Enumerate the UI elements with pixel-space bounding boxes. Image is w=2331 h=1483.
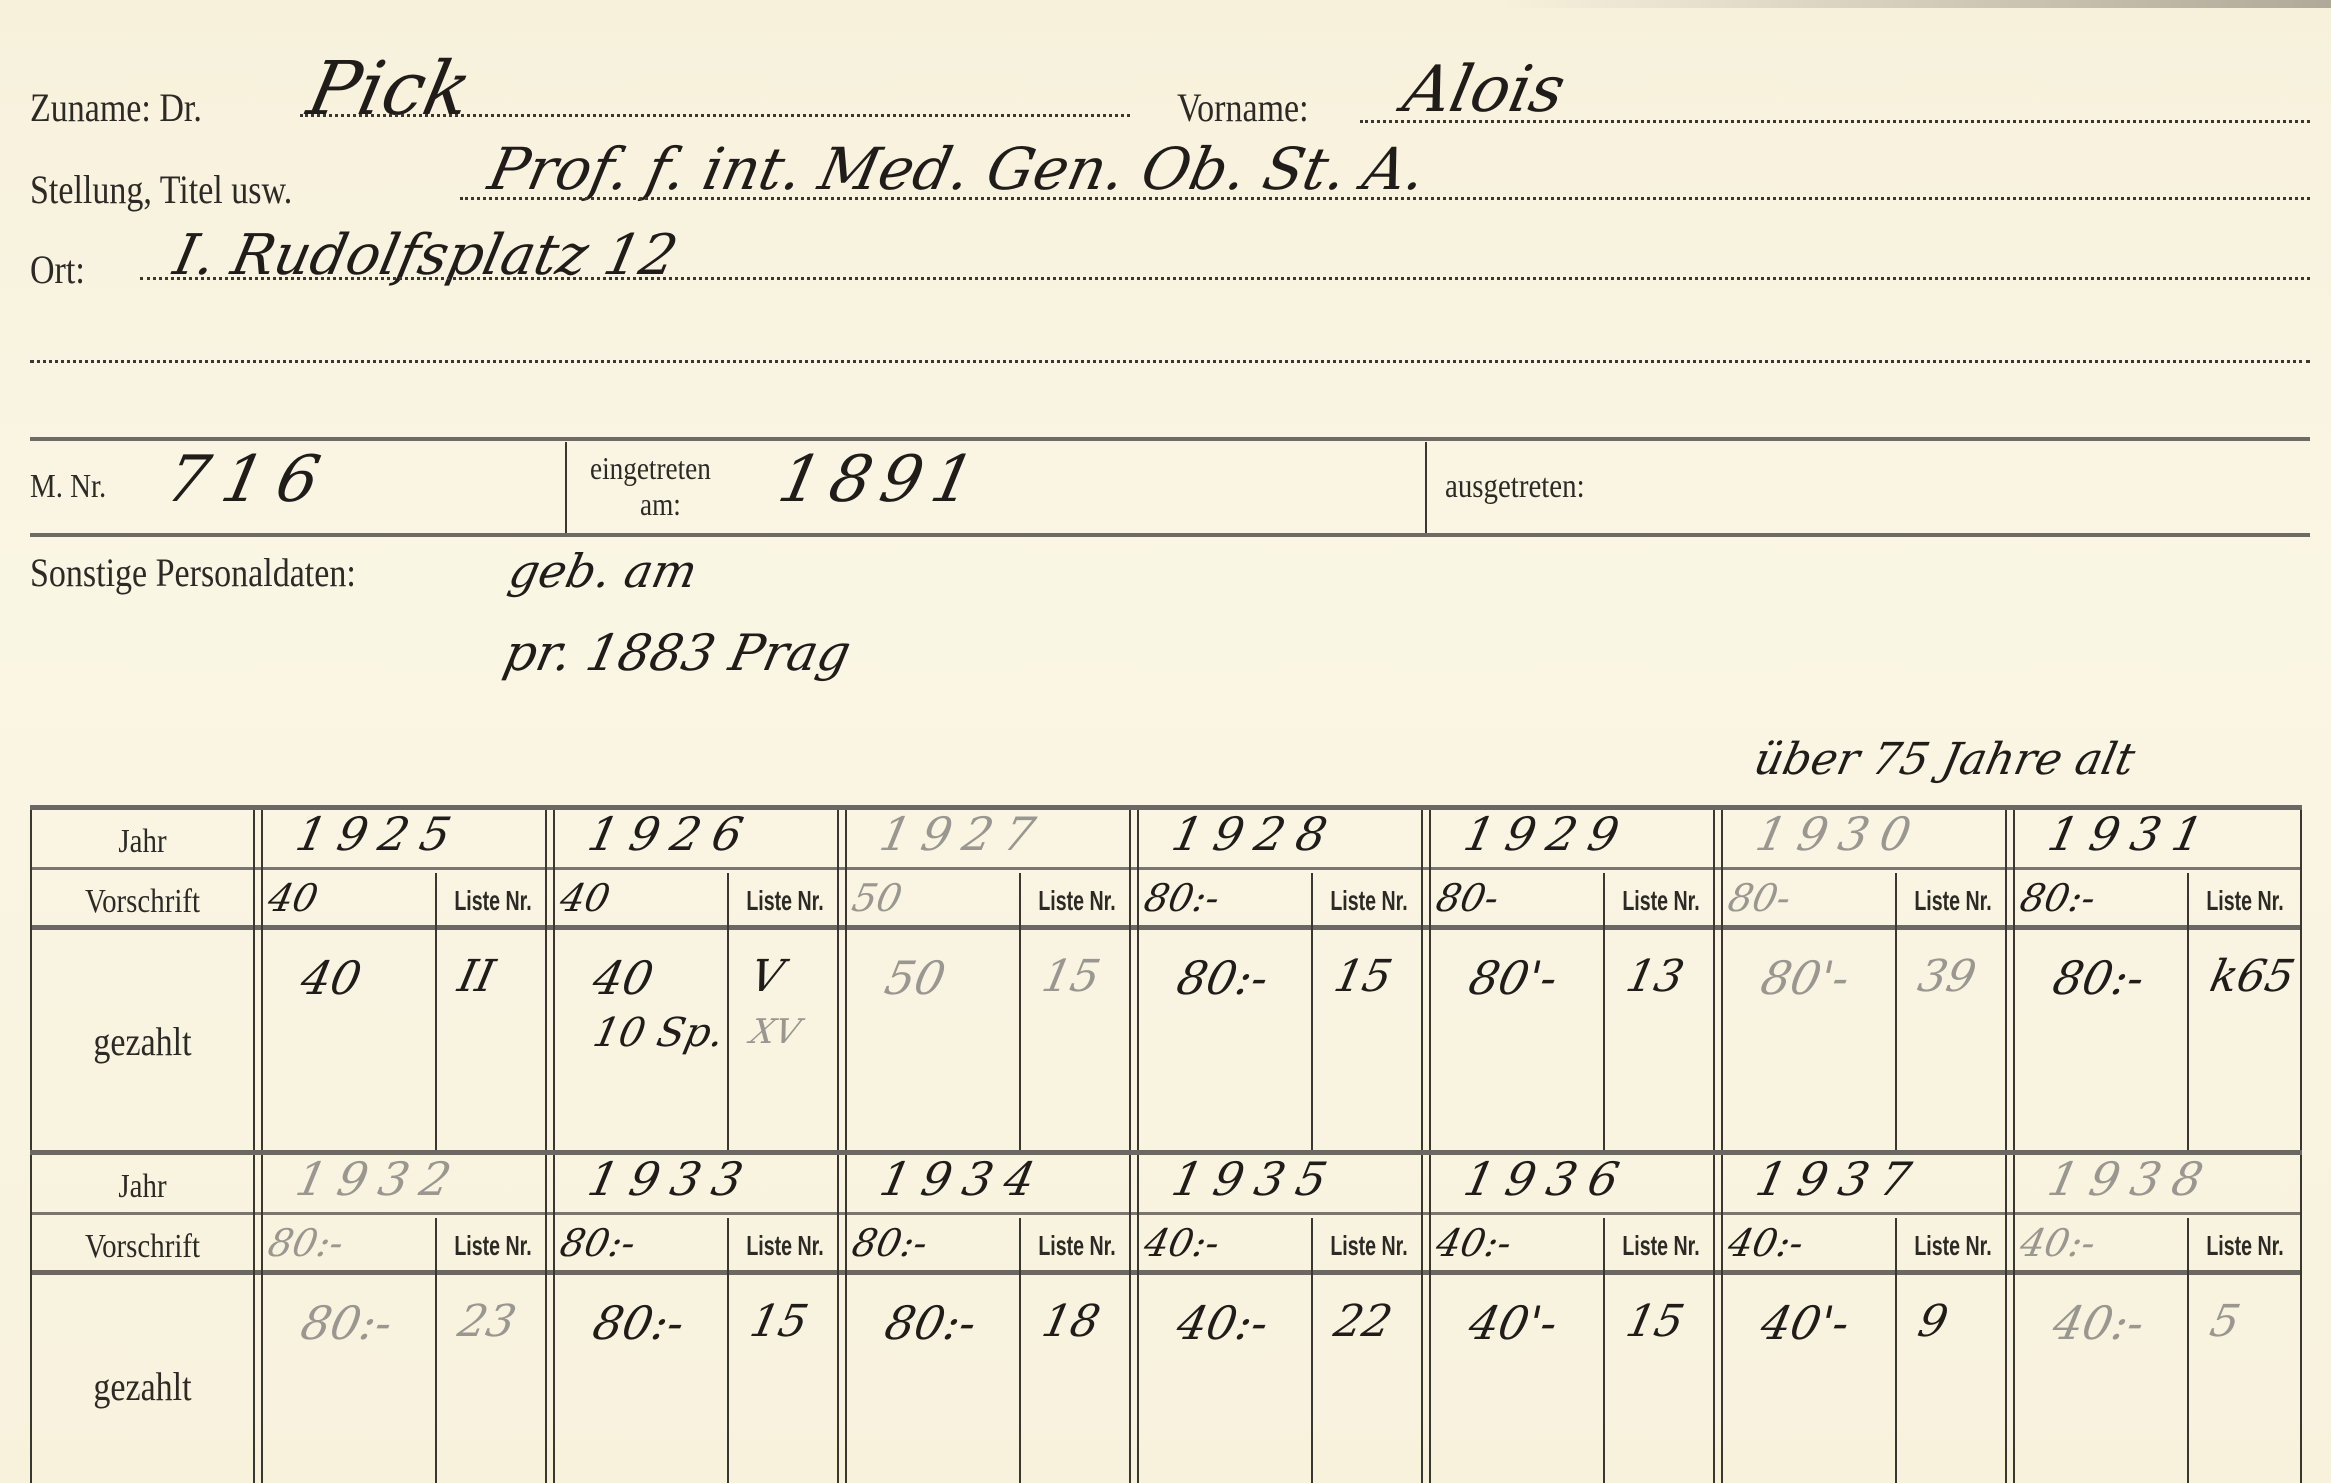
vorschrift-label: Vorschrift — [47, 883, 238, 921]
table-row-rule — [30, 1212, 2302, 1215]
membership-card: Zuname: Dr. Pick Vorname: Alois Stellung… — [0, 0, 2331, 1483]
vorschrift-value: 40:- — [1141, 1224, 1223, 1262]
gezahlt-value: 40 — [297, 955, 365, 1001]
liste-label: Liste Nr. — [1622, 1230, 1700, 1262]
vorname-line — [1360, 120, 2310, 123]
liste-value: k65 — [2206, 955, 2298, 999]
liste-extra: XV — [747, 1015, 803, 1049]
liste-label: Liste Nr. — [1038, 1230, 1116, 1262]
year-column-divider — [1421, 1155, 1431, 1483]
year-column-divider — [1421, 810, 1431, 1150]
vorschrift-value: 50 — [849, 879, 905, 917]
eingetreten-label: eingetreten — [590, 452, 711, 484]
ort-value: I. Rudolfsplatz 12 — [169, 228, 682, 284]
liste-column-divider — [1019, 873, 1021, 1150]
gezahlt-value: 40:- — [1173, 1300, 1272, 1346]
year-value: 1936 — [1460, 1156, 1635, 1202]
year-column-divider — [2005, 810, 2015, 1150]
eingetreten-value: 1891 — [773, 448, 989, 512]
table-left-border — [30, 810, 32, 1150]
liste-label: Liste Nr. — [2206, 885, 2284, 917]
vorschrift-value: 80:- — [849, 1224, 931, 1262]
table-row-rule — [30, 925, 2302, 930]
liste-column-divider — [1895, 1218, 1897, 1483]
zuname-line — [300, 114, 1130, 117]
zuname-label: Zuname: Dr. — [30, 88, 202, 128]
year-column-divider — [253, 1155, 263, 1483]
gezahlt-value: 80:- — [589, 1300, 688, 1346]
liste-column-divider — [1603, 1218, 1605, 1483]
liste-column-divider — [1895, 873, 1897, 1150]
eingetreten-label-am: am: — [640, 488, 681, 520]
year-value: 1925 — [292, 811, 467, 857]
year-value: 1937 — [1752, 1156, 1927, 1202]
table-right-border — [2300, 810, 2302, 1150]
gezahlt-value: 80:- — [2049, 955, 2148, 1001]
liste-label: Liste Nr. — [1038, 885, 1116, 917]
vorschrift-value: 40:- — [2017, 1224, 2099, 1262]
year-column-divider — [837, 1155, 847, 1483]
year-column-divider — [1713, 810, 1723, 1150]
vorname-label: Vorname: — [1177, 88, 1309, 128]
liste-label: Liste Nr. — [454, 1230, 532, 1262]
mnr-label: M. Nr. — [30, 470, 106, 504]
gezahlt-value: 80:- — [297, 1300, 396, 1346]
year-value: 1931 — [2044, 811, 2219, 857]
vorschrift-value: 40:- — [1433, 1224, 1515, 1262]
vorschrift-value: 80:- — [265, 1224, 347, 1262]
liste-value: 13 — [1622, 955, 1687, 999]
year-column-divider — [545, 1155, 555, 1483]
gezahlt-value: 40'- — [1465, 1300, 1562, 1346]
year-value: 1927 — [876, 811, 1051, 857]
vorschrift-value: 40 — [557, 879, 613, 917]
liste-value: 39 — [1914, 955, 1979, 999]
stellung-label: Stellung, Titel usw. — [30, 170, 292, 210]
liste-label: Liste Nr. — [2206, 1230, 2284, 1262]
liste-column-divider — [1311, 873, 1313, 1150]
membership-divider — [565, 442, 567, 533]
gezahlt-label: gezahlt — [47, 1018, 238, 1065]
year-column-divider — [1129, 810, 1139, 1150]
table-row-rule — [30, 1270, 2302, 1275]
liste-column-divider — [727, 1218, 729, 1483]
liste-value: 9 — [1914, 1300, 1951, 1344]
gezahlt-value: 50 — [881, 955, 949, 1001]
vorname-value: Alois — [1398, 58, 1570, 122]
membership-top-rule — [30, 437, 2310, 441]
liste-column-divider — [2187, 873, 2189, 1150]
liste-label: Liste Nr. — [454, 885, 532, 917]
liste-label: Liste Nr. — [746, 1230, 824, 1262]
liste-label: Liste Nr. — [746, 885, 824, 917]
liste-column-divider — [435, 1218, 437, 1483]
liste-value: 23 — [454, 1300, 519, 1344]
ort-line — [140, 277, 2310, 280]
liste-value: 18 — [1038, 1300, 1103, 1344]
blank-line — [30, 360, 2310, 363]
gezahlt-value: 80'- — [1465, 955, 1562, 1001]
gezahlt-value: 40'- — [1757, 1300, 1854, 1346]
liste-value: 15 — [1330, 955, 1395, 999]
year-value: 1934 — [876, 1156, 1051, 1202]
gezahlt-value: 80:- — [881, 1300, 980, 1346]
liste-value: 15 — [1038, 955, 1103, 999]
gezahlt-value: 40 — [589, 955, 657, 1001]
liste-label: Liste Nr. — [1330, 1230, 1408, 1262]
vorschrift-value: 40 — [265, 879, 321, 917]
liste-column-divider — [435, 873, 437, 1150]
stellung-line — [460, 197, 2310, 200]
vorschrift-value: 80- — [1725, 879, 1794, 917]
year-value: 1928 — [1168, 811, 1343, 857]
jahr-label: Jahr — [47, 823, 238, 861]
age-note: über 75 Jahre alt — [1750, 738, 2138, 782]
year-column-divider — [2005, 1155, 2015, 1483]
scan-edge-shadow — [1500, 0, 2331, 8]
jahr-label: Jahr — [47, 1168, 238, 1206]
liste-label: Liste Nr. — [1914, 1230, 1992, 1262]
year-column-divider — [545, 810, 555, 1150]
vorschrift-value: 80:- — [1141, 879, 1223, 917]
year-value: 1938 — [2044, 1156, 2219, 1202]
year-column-divider — [253, 810, 263, 1150]
personal-label: Sonstige Personaldaten: — [30, 553, 356, 593]
payment-table-1: JahrVorschriftgezahlt192540Liste Nr.40II… — [30, 805, 2302, 1150]
vorschrift-value: 40:- — [1725, 1224, 1807, 1262]
vorschrift-value: 80- — [1433, 879, 1502, 917]
table-left-border — [30, 1155, 32, 1483]
liste-column-divider — [1311, 1218, 1313, 1483]
gezahlt-value: 80:- — [1173, 955, 1272, 1001]
table-row-rule — [30, 867, 2302, 870]
ausgetreten-label: ausgetreten: — [1445, 470, 1585, 504]
liste-value: 22 — [1330, 1300, 1395, 1344]
year-value: 1933 — [584, 1156, 759, 1202]
year-value: 1929 — [1460, 811, 1635, 857]
payment-table-2: JahrVorschriftgezahlt193280:-Liste Nr.80… — [30, 1150, 2302, 1483]
year-column-divider — [1713, 1155, 1723, 1483]
year-column-divider — [837, 810, 847, 1150]
table-right-border — [2300, 1155, 2302, 1483]
vorschrift-label: Vorschrift — [47, 1228, 238, 1266]
liste-value: 15 — [1622, 1300, 1687, 1344]
stellung-value: Prof. f. int. Med. Gen. Ob. St. A. — [484, 140, 1431, 198]
liste-label: Liste Nr. — [1622, 885, 1700, 917]
liste-value: V — [746, 955, 787, 999]
mnr-value: 716 — [161, 448, 339, 512]
liste-column-divider — [1603, 873, 1605, 1150]
gezahlt-extra: 10 Sp. — [590, 1013, 728, 1053]
year-value: 1926 — [584, 811, 759, 857]
year-value: 1932 — [292, 1156, 467, 1202]
gezahlt-label: gezahlt — [47, 1363, 238, 1410]
year-value: 1935 — [1168, 1156, 1343, 1202]
personal-line-1: geb. am — [505, 548, 701, 594]
membership-bottom-rule — [30, 533, 2310, 537]
liste-value: II — [454, 955, 498, 999]
vorschrift-value: 80:- — [2017, 879, 2099, 917]
liste-column-divider — [1019, 1218, 1021, 1483]
membership-divider — [1425, 442, 1427, 533]
liste-label: Liste Nr. — [1914, 885, 1992, 917]
personal-line-2: pr. 1883 Prag — [500, 628, 855, 678]
gezahlt-value: 80'- — [1757, 955, 1854, 1001]
liste-value: 15 — [746, 1300, 811, 1344]
year-column-divider — [1129, 1155, 1139, 1483]
vorschrift-value: 80:- — [557, 1224, 639, 1262]
liste-value: 5 — [2206, 1300, 2243, 1344]
liste-column-divider — [2187, 1218, 2189, 1483]
year-value: 1930 — [1752, 811, 1927, 857]
gezahlt-value: 40:- — [2049, 1300, 2148, 1346]
liste-label: Liste Nr. — [1330, 885, 1408, 917]
ort-label: Ort: — [30, 250, 85, 290]
